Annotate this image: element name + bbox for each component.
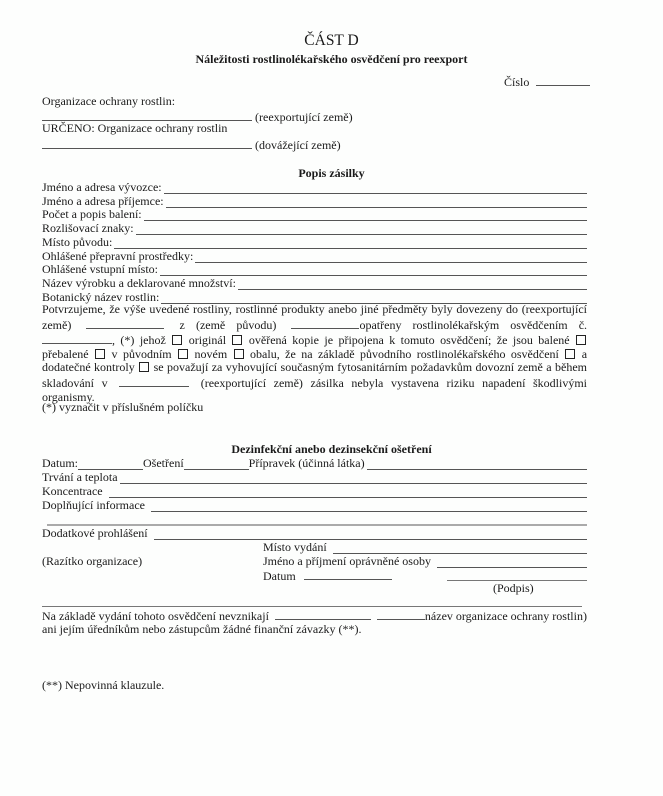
declaration-text: opatřeny rostlinolékařským osvědčením č. [359, 318, 587, 332]
country-field[interactable] [275, 609, 371, 620]
field-input-line[interactable] [114, 238, 587, 249]
declaration-text: z (země původu) [180, 318, 277, 332]
additional-declaration-field[interactable] [154, 529, 587, 540]
reexport-org-field[interactable] [42, 109, 252, 121]
liability-line-1: Na základě vydání tohoto osvědčení nevzn… [42, 609, 587, 623]
import-org-field[interactable] [42, 137, 252, 149]
checkbox-original-certificate[interactable] [565, 349, 575, 359]
additional-info-field[interactable] [151, 501, 587, 512]
declaration-text: , (*) jehož [112, 333, 166, 347]
checkbox-certified-copy[interactable] [232, 335, 242, 345]
additional-info-row: Doplňující informace [42, 499, 587, 512]
field-input-line[interactable] [144, 210, 587, 221]
consignment-field-row: Počet a popis balení: [42, 208, 587, 221]
option-label: přebalené [42, 347, 89, 361]
option-label: v původním [112, 347, 172, 361]
liability-text: název organizace ochrany rostlin) [425, 609, 587, 623]
certificate-no-field[interactable] [42, 332, 112, 344]
reexport-country-label: (reexportující země) [255, 110, 353, 124]
field-input-line[interactable] [160, 265, 587, 276]
liability-line-2: ani jejím úředníkům nebo zástupcům žádné… [42, 623, 362, 636]
checkbox-repacked[interactable] [95, 349, 105, 359]
field-label: Jméno a adresa příjemce: [42, 195, 164, 208]
import-country-label: (dovážející země) [255, 138, 341, 152]
storage-country-field[interactable] [119, 375, 189, 387]
additional-info-label: Doplňující informace [42, 499, 145, 512]
concentration-row: Koncentrace [42, 485, 587, 498]
number-field[interactable] [536, 74, 590, 86]
liability-text: Na základě vydání tohoto osvědčení nevzn… [42, 609, 269, 623]
reexport-country-field[interactable] [86, 317, 164, 329]
addressed-label: URČENO: Organizace ochrany rostlin [42, 122, 227, 135]
field-label: Počet a popis balení: [42, 208, 142, 221]
number-label: Číslo [504, 75, 529, 89]
consignment-field-row: Ohlášené vstupní místo: [42, 263, 587, 276]
import-org-row: (dovážející země) [42, 137, 341, 152]
field-input-line[interactable] [136, 224, 587, 235]
consignment-field-row: Jméno a adresa vývozce: [42, 181, 587, 194]
certificate-number: Číslo [504, 74, 590, 89]
field-label: Název výrobku a deklarované množství: [42, 277, 236, 290]
checkbox-new-container[interactable] [234, 349, 244, 359]
org-name-field[interactable] [377, 609, 425, 620]
signature-label: (Podpis) [493, 582, 534, 595]
place-of-issue-label: Místo vydání [263, 541, 327, 554]
origin-country-field[interactable] [291, 317, 359, 329]
checkbox-original[interactable] [172, 335, 182, 345]
treatment-row: Datum: Ošetření Přípravek (účinná látka) [42, 457, 587, 470]
authorized-name-row: Jméno a příjmení oprávněné osoby [263, 555, 587, 568]
signature-date-field[interactable] [304, 569, 392, 580]
signature-date-label: Datum [263, 569, 296, 583]
checkbox-additional-inspection[interactable] [139, 362, 149, 372]
page-title: ČÁST D [0, 32, 663, 50]
optional-clause-note: (**) Nepovinná klauzule. [42, 679, 164, 692]
page-subtitle: Náležitosti rostlinolékařského osvědčení… [0, 53, 663, 66]
additional-declaration-row: Dodatkové prohlášení [42, 527, 587, 540]
consignment-field-row: Rozlišovací znaky: [42, 222, 587, 235]
treatment-section-title: Dezinfekční anebo dezinsekční ošetření [0, 443, 663, 456]
consignment-field-row: Ohlášené přepravní prostředky: [42, 250, 587, 263]
declaration-text: obalu, že na základě původního rostlinol… [250, 347, 559, 361]
concentration-field[interactable] [109, 487, 587, 498]
duration-field[interactable] [120, 473, 587, 484]
place-of-issue-field[interactable] [333, 543, 587, 554]
declaration-paragraph: Potvrzujeme, že výše uvedené rostliny, r… [42, 303, 587, 404]
checkbox-original-container[interactable] [178, 349, 188, 359]
chemical-field[interactable] [367, 459, 587, 470]
place-row: Místo vydání [263, 541, 587, 554]
duration-label: Trvání a teplota [42, 471, 118, 484]
additional-declaration-label: Dodatkové prohlášení [42, 527, 148, 540]
duration-row: Trvání a teplota [42, 471, 587, 484]
checkbox-packed[interactable] [576, 335, 586, 345]
signature-date-row: Datum [263, 569, 392, 583]
field-label: Ohlášené přepravní prostředky: [42, 250, 193, 263]
consignment-field-row: Jméno a adresa příjemce: [42, 195, 587, 208]
stamp-label: (Razítko organizace) [42, 555, 142, 568]
field-input-line[interactable] [166, 197, 587, 208]
option-label: originál [189, 333, 226, 347]
authorized-name-field[interactable] [437, 557, 587, 568]
field-label: Jméno a adresa vývozce: [42, 181, 162, 194]
date-label: Datum: [42, 457, 78, 470]
option-label: novém [195, 347, 228, 361]
chemical-label: Přípravek (účinná látka) [249, 457, 365, 470]
field-input-line[interactable] [238, 279, 587, 290]
separator-line [42, 606, 582, 607]
concentration-label: Koncentrace [42, 485, 103, 498]
consignment-field-row: Název výrobku a deklarované množství: [42, 277, 587, 290]
footnote-checkbox: (*) vyznačit v příslušném políčku [42, 401, 203, 414]
field-input-line[interactable] [164, 183, 587, 194]
treatment-date-field[interactable] [78, 459, 143, 470]
treatment-label: Ošetření [143, 457, 184, 470]
org-label: Organizace ochrany rostlin: [42, 95, 175, 108]
option-label: ověřená kopie je připojena k tomuto osvě… [249, 333, 570, 347]
field-label: Rozlišovací znaky: [42, 222, 134, 235]
field-label: Ohlášené vstupní místo: [42, 263, 158, 276]
field-input-line[interactable] [195, 252, 587, 263]
consignment-field-row: Místo původu: [42, 236, 587, 249]
treatment-field[interactable] [184, 459, 249, 470]
consignment-section-title: Popis zásilky [0, 167, 663, 180]
field-label: Místo původu: [42, 236, 112, 249]
authorized-name-label: Jméno a příjmení oprávněné osoby [263, 555, 431, 568]
